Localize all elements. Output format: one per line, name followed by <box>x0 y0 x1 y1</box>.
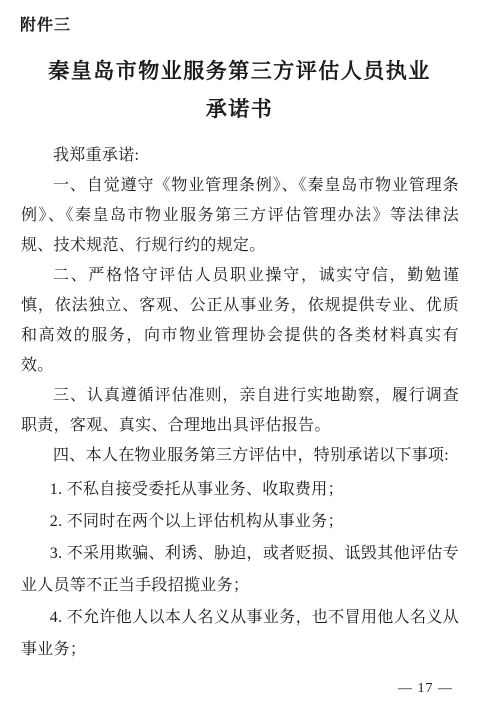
intro-line: 我郑重承诺: <box>21 141 459 171</box>
list-item-2: 2. 不同时在两个以上评估机构从事业务； <box>21 506 459 538</box>
attachment-label: 附件三 <box>20 12 71 35</box>
paragraph-2: 二、严格恪守评估人员职业操守，诚实守信，勤勉谨慎，依法独立、客观、公正从事业务，… <box>21 261 459 381</box>
title-line-1: 秦皇岛市物业服务第三方评估人员执业 <box>0 52 479 90</box>
paragraph-1: 一、自觉遵守《物业管理条例》、《秦皇岛市物业管理条例》、《秦皇岛市物业服务第三方… <box>21 171 459 261</box>
list-item-4: 4. 不允许他人以本人名义从事业务，也不冒用他人名义从事业务； <box>21 602 459 666</box>
title-line-2: 承诺书 <box>0 90 479 128</box>
list-item-1: 1. 不私自接受委托从事业务、收取费用； <box>21 474 459 506</box>
paragraph-4: 四、本人在物业服务第三方评估中，特别承诺以下事项: <box>21 441 459 471</box>
page-number: — 17 — <box>398 681 453 697</box>
list-item-3: 3. 不采用欺骗、利诱、胁迫，或者贬损、诋毁其他评估专业人员等不正当手段招揽业务… <box>21 538 459 602</box>
page-title: 秦皇岛市物业服务第三方评估人员执业 承诺书 <box>0 52 479 128</box>
commitment-list: 1. 不私自接受委托从事业务、收取费用； 2. 不同时在两个以上评估机构从事业务… <box>21 474 459 666</box>
document-page: 附件三 秦皇岛市物业服务第三方评估人员执业 承诺书 我郑重承诺: 一、自觉遵守《… <box>0 0 479 709</box>
document-body: 我郑重承诺: 一、自觉遵守《物业管理条例》、《秦皇岛市物业管理条例》、《秦皇岛市… <box>21 141 459 666</box>
paragraph-3: 三、认真遵循评估准则，亲自进行实地勘察，履行调查职责，客观、真实、合理地出具评估… <box>21 381 459 441</box>
